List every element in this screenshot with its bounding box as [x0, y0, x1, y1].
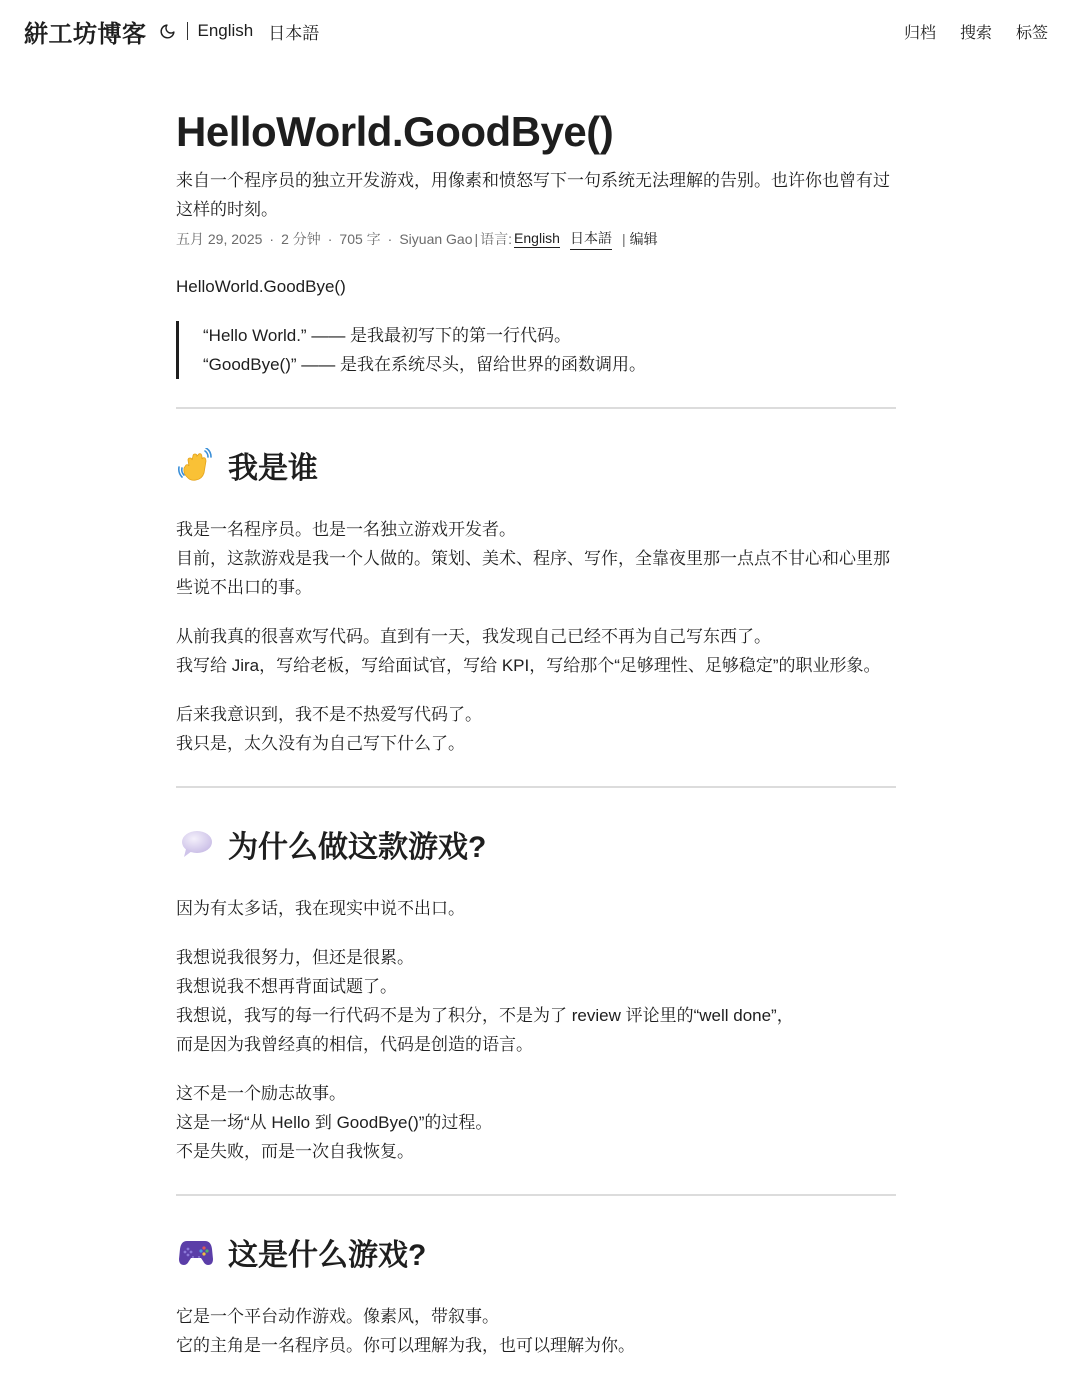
meta-separator: ·	[269, 231, 274, 247]
header-divider	[187, 22, 188, 40]
section-heading: 我是谁	[176, 445, 896, 485]
section-what-game: 这是什么游戏? 它是一个平台动作游戏。像素风，带叙事。 它的主角是一名程序员。你…	[176, 1232, 896, 1360]
post-date: 五月 29, 2025	[176, 229, 262, 249]
paragraph: 从前我真的很喜欢写代码。直到有一天，我发现自己已经不再为自己写东西了。 我写给 …	[176, 622, 896, 680]
video-game-controller-icon	[176, 1234, 216, 1270]
text-line: 我是一名程序员。也是一名独立游戏开发者。	[176, 515, 896, 544]
intro-paragraph: HelloWorld.GoodBye()	[176, 272, 896, 301]
text-line: 不是失败，而是一次自我恢复。	[176, 1137, 896, 1166]
quote-line: “Hello World.” —— 是我最初写下的第一行代码。	[203, 321, 896, 350]
section-heading: 为什么做这款游戏?	[176, 824, 896, 864]
text-line: 后来我意识到，我不是不热爱写代码了。	[176, 700, 896, 729]
nav-tags[interactable]: 标签	[1016, 20, 1048, 43]
paragraph: 因为有太多话，我在现实中说不出口。	[176, 894, 896, 923]
paragraph: 我是一名程序员。也是一名独立游戏开发者。 目前，这款游戏是我一个人做的。策划、美…	[176, 515, 896, 602]
text-line: 它是一个平台动作游戏。像素风，带叙事。	[176, 1302, 896, 1331]
post-lang-japanese[interactable]: 日本語	[570, 228, 612, 250]
section-divider	[176, 786, 896, 788]
text-line: 因为有太多话，我在现实中说不出口。	[176, 894, 896, 923]
section-who-am-i: 我是谁 我是一名程序员。也是一名独立游戏开发者。 目前，这款游戏是我一个人做的。…	[176, 445, 896, 758]
section-why-make-game: 为什么做这款游戏? 因为有太多话，我在现实中说不出口。 我想说我很努力，但还是很…	[176, 824, 896, 1166]
section-divider	[176, 1194, 896, 1196]
meta-pipe: |	[622, 231, 626, 247]
header-left: 絣工坊博客 English 日本語	[24, 14, 334, 49]
text-line: 这是一场“从 Hello 到 GoodBye()”的过程。	[176, 1108, 896, 1137]
lang-english-link[interactable]: English	[198, 21, 254, 41]
text-line: 我想说我不想再背面试题了。	[176, 972, 896, 1001]
post-title: HelloWorld.GoodBye()	[176, 108, 896, 156]
lang-label: 语言:	[480, 229, 512, 249]
edit-link[interactable]: 编辑	[630, 229, 658, 249]
post-author: Siyuan Gao	[399, 231, 472, 247]
text-line: 我想说，我写的每一行代码不是为了积分，不是为了 review 评论里的“well…	[176, 1001, 896, 1030]
post-description: 来自一个程序员的独立开发游戏，用像素和愤怒写下一句系统无法理解的告别。也许你也曾…	[176, 166, 896, 224]
post-content: HelloWorld.GoodBye() “Hello World.” —— 是…	[176, 272, 896, 1360]
meta-separator: ·	[388, 231, 393, 247]
site-header: 絣工坊博客 English 日本語 归档 搜索 标签	[0, 0, 1072, 62]
text-line: 我写给 Jira，写给老板，写给面试官，写给 KPI，写给那个“足够理性、足够稳…	[176, 651, 896, 680]
paragraph: 后来我意识到，我不是不热爱写代码了。 我只是，太久没有为自己写下什么了。	[176, 700, 896, 758]
moon-icon[interactable]	[159, 22, 177, 40]
speech-balloon-icon	[176, 826, 216, 862]
nav-search[interactable]: 搜索	[960, 20, 992, 43]
section-heading-text: 为什么做这款游戏?	[228, 822, 486, 866]
text-line: 它的主角是一名程序员。你可以理解为我，也可以理解为你。	[176, 1331, 896, 1360]
post-meta: 五月 29, 2025 · 2 分钟 · 705 字 · Siyuan Gao …	[176, 228, 896, 250]
post-lang-english[interactable]: English	[514, 230, 560, 248]
meta-pipe: |	[475, 231, 479, 247]
main-nav: 归档 搜索 标签	[880, 20, 1048, 43]
text-line: 这不是一个励志故事。	[176, 1079, 896, 1108]
text-line: 我想说我很努力，但还是很累。	[176, 943, 896, 972]
site-logo[interactable]: 絣工坊博客	[24, 14, 147, 49]
lang-japanese-link[interactable]: 日本語	[268, 19, 319, 44]
quote-line: “GoodBye()” —— 是我在系统尽头，留给世界的函数调用。	[203, 350, 896, 379]
section-heading-text: 我是谁	[228, 443, 318, 487]
text-line: 目前，这款游戏是我一个人做的。策划、美术、程序、写作，全靠夜里那一点点不甘心和心…	[176, 544, 896, 602]
paragraph: 我想说我很努力，但还是很累。 我想说我不想再背面试题了。 我想说，我写的每一行代…	[176, 943, 896, 1059]
nav-archive[interactable]: 归档	[904, 20, 936, 43]
post-main: HelloWorld.GoodBye() 来自一个程序员的独立开发游戏，用像素和…	[176, 62, 896, 1360]
meta-separator: ·	[328, 231, 333, 247]
text-line: 而是因为我曾经真的相信，代码是创造的语言。	[176, 1030, 896, 1059]
section-heading: 这是什么游戏?	[176, 1232, 896, 1272]
section-heading-text: 这是什么游戏?	[228, 1230, 426, 1274]
post-read-time: 2 分钟	[281, 229, 321, 249]
blockquote: “Hello World.” —— 是我最初写下的第一行代码。 “GoodBye…	[176, 321, 896, 379]
paragraph: 这不是一个励志故事。 这是一场“从 Hello 到 GoodBye()”的过程。…	[176, 1079, 896, 1166]
text-line: 从前我真的很喜欢写代码。直到有一天，我发现自己已经不再为自己写东西了。	[176, 622, 896, 651]
text-line: 我只是，太久没有为自己写下什么了。	[176, 729, 896, 758]
section-divider	[176, 407, 896, 409]
waving-hand-icon	[176, 447, 216, 483]
paragraph: 它是一个平台动作游戏。像素风，带叙事。 它的主角是一名程序员。你可以理解为我，也…	[176, 1302, 896, 1360]
post-word-count: 705 字	[339, 229, 380, 249]
